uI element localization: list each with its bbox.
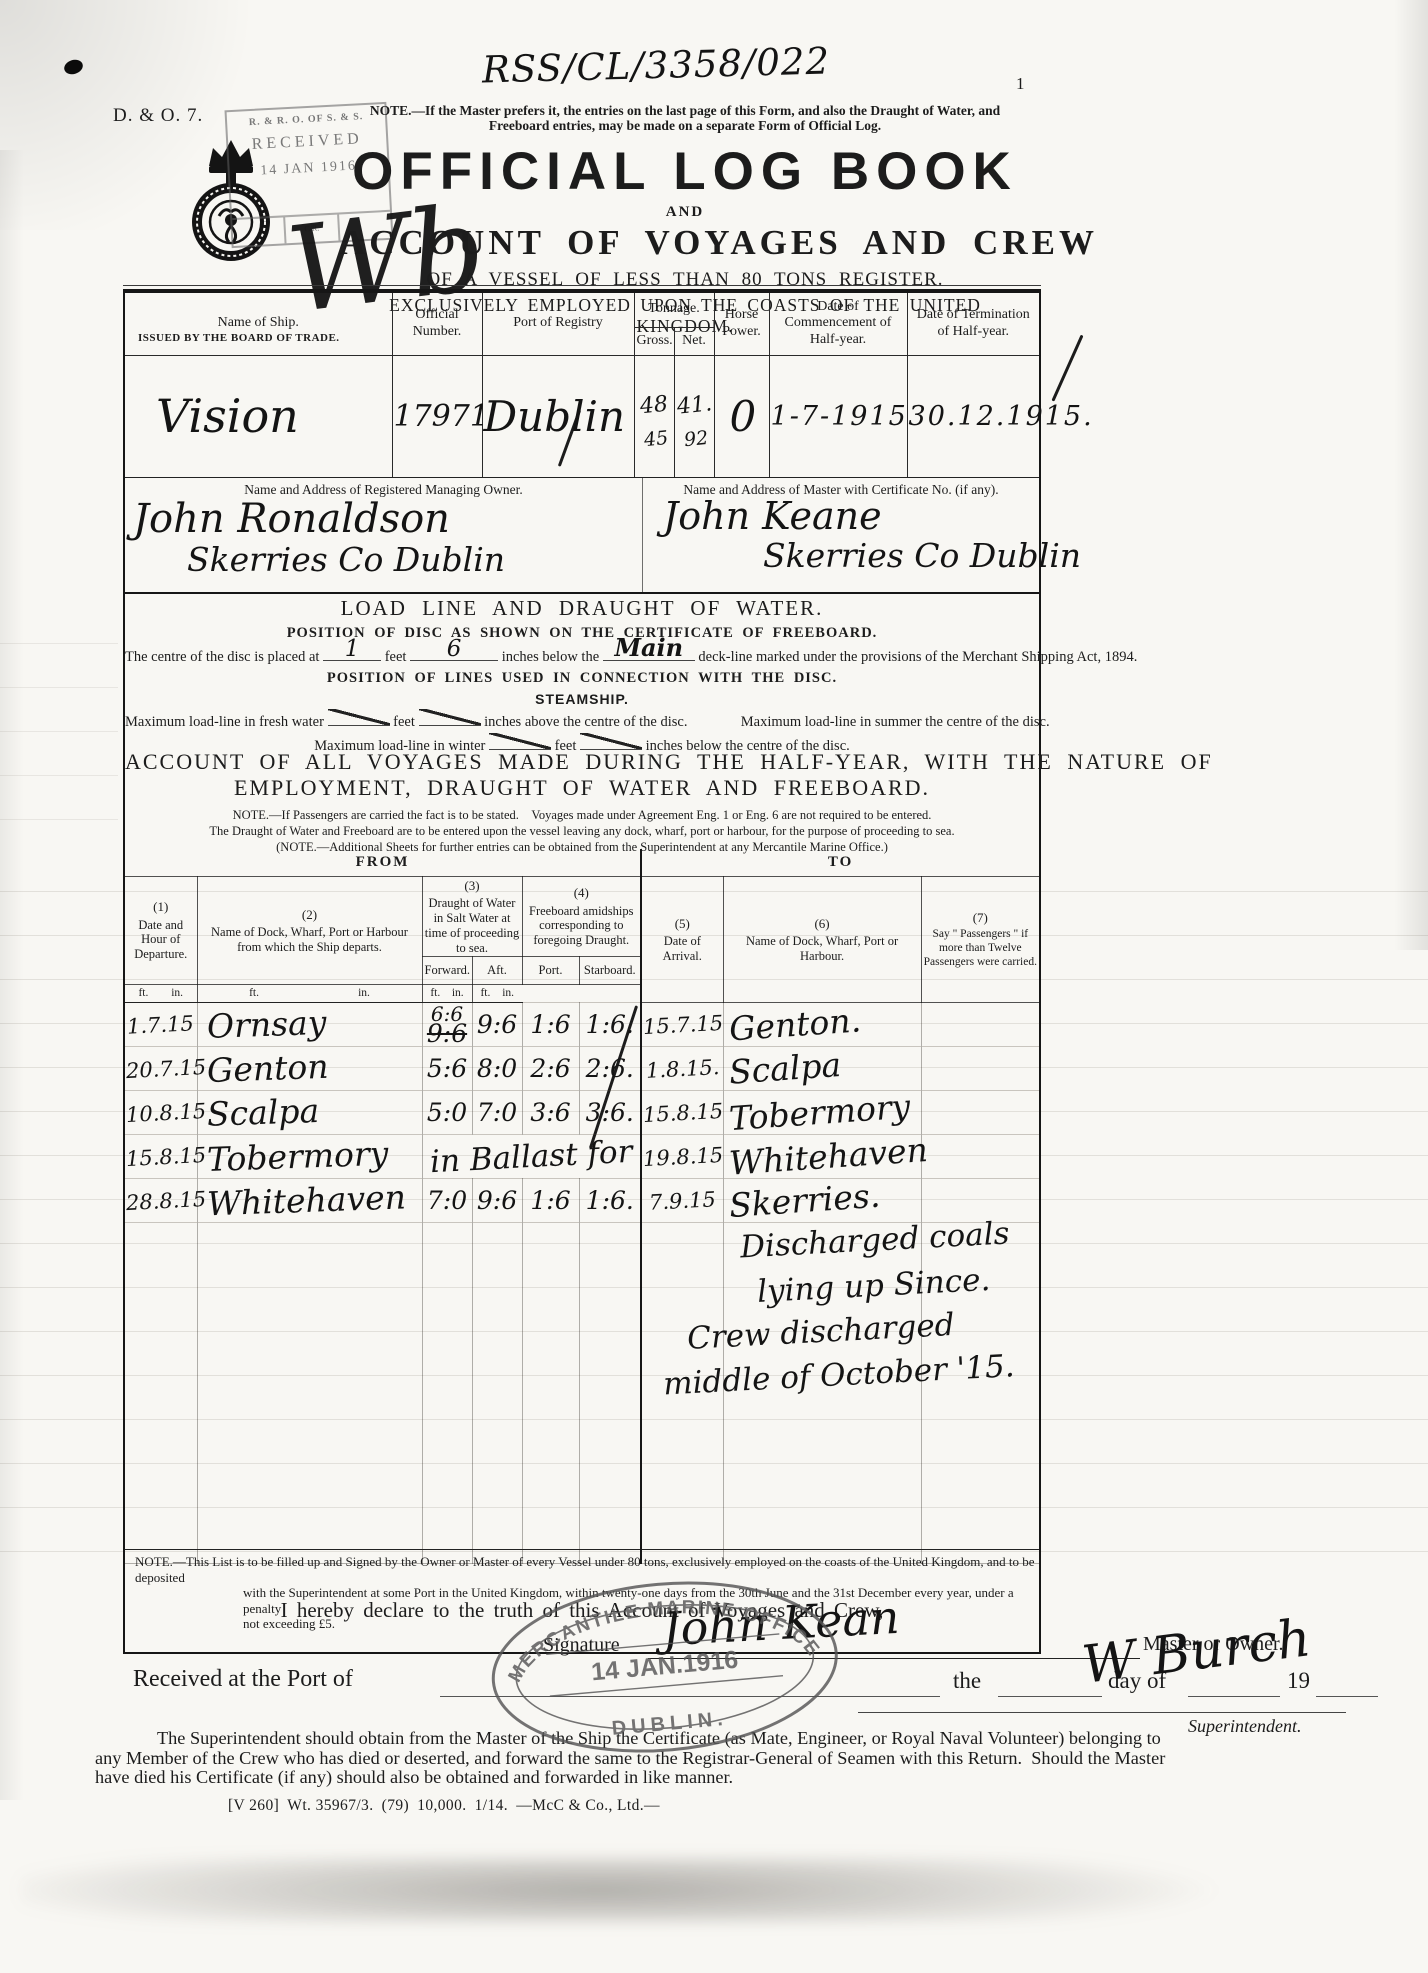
ship-values-row: Vision 17971 Dublin 4845 41.92 0 1-7-191…	[125, 355, 1039, 477]
fresh-inches-blank	[419, 711, 481, 726]
header-commencement: Date of Commencement of Half-year.	[769, 293, 907, 355]
col1-header: (1)Date and Hour of Departure.	[125, 877, 197, 985]
owner-address-value: Skerries Co Dublin	[187, 540, 505, 579]
owner-label: Name and Address of Registered Managing …	[125, 478, 642, 498]
cell: 2:6	[522, 1047, 579, 1091]
col3-number: (3)	[425, 878, 520, 893]
forward-header: Forward.	[422, 957, 472, 985]
owner-master-row: Name and Address of Registered Managing …	[125, 477, 1039, 594]
freeboard-port: 1:6	[530, 1010, 570, 1039]
cell: 19.8.15	[641, 1135, 723, 1179]
cell: Ornsay	[197, 1003, 422, 1047]
deposit-note-line-1: NOTE.—This List is to be filled up and S…	[125, 1554, 1039, 1585]
cell: 1:6	[522, 1003, 579, 1047]
master-address-value: Skerries Co Dublin	[763, 536, 1081, 575]
handwritten-remarks: Discharged coals lying up Since. Crew di…	[645, 1217, 1065, 1397]
cell: 15.8.15	[125, 1135, 197, 1179]
cell: 17971	[392, 355, 482, 477]
feet-blank: 1	[323, 646, 381, 661]
freeboard-port: 1:6	[530, 1186, 570, 1215]
col2-label: Name of Dock, Wharf, Port or Harbour fro…	[200, 925, 420, 955]
departure-date: 28.8.15	[125, 1187, 206, 1215]
col7-header: (7)Say " Passengers " if more than Twelv…	[921, 877, 1039, 1003]
cell: 15.8.15	[641, 1091, 723, 1135]
ft-in-cell: ft.in.	[197, 985, 422, 1003]
header-tonnage: Tonnage.	[634, 293, 714, 327]
cell: 28.8.15	[125, 1179, 197, 1223]
cell: 7:0	[472, 1091, 522, 1135]
dash-stroke	[328, 709, 390, 725]
ledger-lines-margin	[0, 600, 118, 850]
fresh-pre-text: Maximum load-line in fresh water	[125, 714, 324, 730]
ink-slash-mark	[1051, 335, 1083, 402]
departure-date: 1.7.15	[127, 1011, 195, 1038]
header-port-of-registry: Port of Registry	[482, 293, 634, 355]
col4-number: (4)	[525, 885, 639, 900]
load-line-section: LOAD LINE AND DRAUGHT OF WATER. POSITION…	[125, 591, 1039, 749]
cell: 2:6.	[579, 1047, 641, 1091]
fresh-feet-blank	[328, 711, 390, 726]
voyage-row: 10.8.15 Scalpa 5:0 7:0 3:6 3:6. 15.8.15 …	[125, 1091, 1039, 1135]
draught-forward: 5:0	[427, 1098, 467, 1127]
cell: 5:0	[422, 1091, 472, 1135]
received-at-label: Received at the Port of	[133, 1666, 353, 1693]
paragraph-line-3: have died his Certificate (if any) shoul…	[95, 1768, 1365, 1788]
cell	[921, 1003, 1039, 1047]
ship-header-row: Name of Ship. Official Number. Port of R…	[125, 293, 1039, 327]
from-port: Scalpa	[198, 1091, 319, 1134]
page-title: OFFICIAL LOG BOOK	[340, 141, 1030, 202]
cell: 15.7.15	[641, 1003, 723, 1047]
voyages-table: FROM TO (1)Date and Hour of Departure. (…	[125, 849, 1039, 1564]
freeboard-starboard: 1:6.	[586, 1010, 634, 1039]
header-gross: Gross.	[634, 327, 674, 355]
cell: 6:69:6	[422, 1003, 472, 1047]
fresh-post-text: inches above the centre of the disc.	[484, 714, 687, 730]
header-termination: Date of Termination of Half-year.	[907, 293, 1039, 355]
disc-centre-line: The centre of the disc is placed at 1 fe…	[125, 646, 1039, 666]
title-and: AND	[340, 204, 1030, 221]
ft-in-cell: ft.in.	[472, 985, 522, 1003]
fresh-feet-word: feet	[393, 714, 415, 730]
inches-word: inches below the	[502, 649, 599, 665]
cell: Tobermory	[723, 1091, 921, 1135]
ballast-note: in Ballast for	[429, 1134, 633, 1181]
superintendent-underline	[858, 1682, 1346, 1713]
cell: 9:6	[472, 1003, 522, 1047]
col3-label: Draught of Water in Salt Water at time o…	[425, 896, 520, 955]
to-port: Genton.	[723, 1001, 861, 1049]
col7-label: Say " Passengers " if more than Twelve P…	[924, 928, 1038, 969]
cell: 7:0	[422, 1179, 472, 1223]
cell: 3:6	[522, 1091, 579, 1135]
col1-label: Date and Hour of Departure.	[127, 918, 195, 962]
cell: 5:6	[422, 1047, 472, 1091]
col1-number: (1)	[127, 899, 195, 914]
arrival-date: 1.8.15.	[645, 1055, 720, 1083]
col5-header: (5)Date of Arrival.	[641, 877, 723, 1003]
col4-header: (4)Freeboard amidships corresponding to …	[522, 877, 641, 957]
feet-value: 1	[345, 636, 360, 662]
from-port: Whitehaven	[198, 1178, 406, 1224]
cell	[921, 1047, 1039, 1091]
gross-tonnage-fraction: 45	[643, 427, 669, 451]
cell: 41.92	[674, 355, 714, 477]
horse-power-value: 0	[716, 392, 757, 441]
cell: in Ballast for	[422, 1135, 641, 1179]
top-note-line-2: Freeboard entries, may be made on a sepa…	[340, 118, 1030, 133]
col2-header: (2)Name of Dock, Wharf, Port or Harbour …	[197, 877, 422, 985]
header-name-of-ship: Name of Ship.	[125, 293, 392, 355]
stamp-date-text: 14 JAN.1916	[590, 1646, 739, 1687]
draught-aft: 9:6	[477, 1010, 517, 1039]
fresh-water-line: Maximum load-line in fresh water feet in…	[125, 711, 1039, 731]
master-name-value: John Keane	[663, 494, 882, 538]
port-of-registry-value: Dublin	[484, 392, 626, 441]
departure-date: 10.8.15	[125, 1099, 206, 1127]
cell	[921, 1135, 1039, 1179]
vessel-line: OF A VESSEL OF LESS THAN 80 TONS REGISTE…	[340, 269, 1030, 291]
cell: 1.8.15.	[641, 1047, 723, 1091]
cell: Tobermory	[197, 1135, 422, 1179]
archive-reference-number: RSS/CL/3358/022	[481, 39, 830, 91]
draught-forward-struck: 9:6	[427, 1019, 467, 1048]
from-to-header-row: FROM TO	[125, 849, 1039, 877]
commencement-date-value: 1-7-1915	[771, 401, 908, 432]
inches-blank: 6	[410, 646, 498, 661]
ft-label: ft.	[480, 987, 490, 1001]
stamp-city-text: DUBLIN.	[611, 1708, 729, 1740]
cell	[522, 1223, 579, 1564]
arrival-date: 7.9.15	[648, 1187, 716, 1214]
cell: 4845	[634, 355, 674, 477]
managing-owner-cell: Name and Address of Registered Managing …	[125, 478, 643, 592]
lines-heading: POSITION OF LINES USED IN CONNECTION WIT…	[125, 670, 1039, 687]
cell: Vision	[125, 355, 392, 477]
edge-shadow-right	[1394, 0, 1428, 950]
cell: 1.7.15	[125, 1003, 197, 1047]
ship-details-table: Name of Ship. Official Number. Port of R…	[125, 293, 1039, 477]
col6-number: (6)	[726, 916, 919, 931]
header-horse-power: Horse Power.	[714, 293, 769, 355]
draught-aft: 9:6	[477, 1186, 517, 1215]
form-code: D. & O. 7.	[113, 105, 203, 127]
cell	[579, 1223, 641, 1564]
col5-label: Date of Arrival.	[644, 934, 721, 964]
owner-name-value: John Ronaldson	[133, 496, 450, 542]
in-label: in.	[452, 987, 464, 1001]
column-header-row: (1)Date and Hour of Departure. (2)Name o…	[125, 877, 1039, 957]
master-cell: Name and Address of Master with Certific…	[643, 478, 1039, 592]
cell	[921, 1091, 1039, 1135]
col2-number: (2)	[200, 907, 420, 922]
header-official-number: Official Number.	[392, 293, 482, 355]
draught-aft: 8:0	[477, 1054, 517, 1083]
cell: 1:6.	[579, 1179, 641, 1223]
col7-number: (7)	[924, 910, 1038, 925]
feet-word: feet	[385, 649, 407, 665]
to-port: Scalpa	[723, 1045, 842, 1092]
top-note-line-1: NOTE.—If the Master prefers it, the entr…	[340, 103, 1030, 118]
page-number: 1	[1016, 74, 1025, 94]
winter-inches-blank	[580, 735, 642, 750]
ft-label: ft.	[138, 987, 148, 1001]
cell: Scalpa	[723, 1047, 921, 1091]
draught-forward: 7:0	[427, 1186, 467, 1215]
dash-stroke	[580, 733, 642, 749]
scanned-log-book-page: RSS/CL/3358/022 1 D. & O. 7. ISSUED BY T…	[0, 0, 1428, 1973]
cell: Genton.	[723, 1003, 921, 1047]
freeboard-starboard: 1:6.	[586, 1186, 634, 1215]
net-tonnage-value: 41.	[675, 391, 712, 420]
col6-label: Name of Dock, Wharf, Port or Harbour.	[726, 934, 919, 964]
arrival-date: 15.8.15	[642, 1099, 723, 1127]
official-number-value: 17971	[394, 399, 489, 434]
to-port: Whitehaven	[723, 1130, 928, 1183]
cell: 10.8.15	[125, 1091, 197, 1135]
freeboard-port: 3:6	[530, 1098, 570, 1127]
from-group-header: FROM	[125, 849, 641, 877]
printer-imprint: [V 260] Wt. 35967/3. (79) 10,000. 1/14. …	[228, 1797, 660, 1815]
voyage-row: 1.7.15 Ornsay 6:69:6 9:6 1:6 1:6. 15.7.1…	[125, 1003, 1039, 1047]
cell: 0	[714, 355, 769, 477]
account-note-2: The Draught of Water and Freeboard are t…	[125, 824, 1039, 839]
net-tonnage-fraction: 92	[683, 427, 709, 451]
centre-post-text: deck-line marked under the provisions of…	[698, 649, 1137, 665]
cell: 3:6.	[579, 1091, 641, 1135]
col4-label: Freeboard amidships corresponding to for…	[525, 904, 639, 948]
ft-in-cell: ft.in.	[125, 985, 197, 1003]
ft-label: ft.	[430, 987, 440, 1001]
from-port: Ornsay	[198, 1003, 327, 1046]
freeboard-starboard: 2:6.	[586, 1054, 634, 1083]
departure-date: 15.8.15	[125, 1143, 206, 1171]
departure-date: 20.7.15	[125, 1055, 206, 1083]
arrival-date: 15.7.15	[642, 1011, 723, 1039]
centre-pre-text: The centre of the disc is placed at	[125, 649, 319, 665]
dash-stroke	[419, 709, 481, 725]
draught-forward: 5:6	[427, 1054, 467, 1083]
port-header: Port.	[522, 957, 579, 985]
cell: Whitehaven	[197, 1179, 422, 1223]
inches-value: 6	[447, 636, 462, 662]
ft-label: ft.	[249, 987, 259, 1001]
deck-blank: Main	[603, 646, 695, 661]
cell: Whitehaven	[723, 1135, 921, 1179]
winter-feet-blank	[489, 735, 551, 750]
cell: 20.7.15	[125, 1047, 197, 1091]
cell: 1-7-1915	[769, 355, 907, 477]
freeboard-port: 2:6	[530, 1054, 570, 1083]
aft-header: Aft.	[472, 957, 522, 985]
voyages-table-container: FROM TO (1)Date and Hour of Departure. (…	[125, 849, 1039, 1550]
in-label: in.	[358, 987, 370, 1001]
cell: Scalpa	[197, 1091, 422, 1135]
voyage-row: 15.8.15 Tobermory in Ballast for 19.8.15…	[125, 1135, 1039, 1179]
from-port: Tobermory	[198, 1134, 389, 1180]
cell: 8:0	[472, 1047, 522, 1091]
starboard-header: Starboard.	[579, 957, 641, 985]
col5-number: (5)	[644, 916, 721, 931]
gross-tonnage-value: 48	[639, 391, 669, 419]
mercantile-marine-office-stamp: MERCANTILE MARINE OFFICE 14 JAN.1916 DUB…	[479, 1563, 852, 1777]
to-port: Tobermory	[723, 1087, 911, 1139]
cell: 1:6.	[579, 1003, 641, 1047]
col3-header: (3)Draught of Water in Salt Water at tim…	[422, 877, 522, 957]
freeboard-starboard: 3:6.	[586, 1098, 634, 1127]
cell: 30.12.1915.	[907, 355, 1039, 477]
in-label: in.	[171, 987, 183, 1001]
draught-aft: 7:0	[477, 1098, 517, 1127]
dash-stroke	[489, 733, 551, 749]
ship-name-value: Vision	[126, 389, 299, 443]
cell: Genton	[197, 1047, 422, 1091]
account-title-line-1: ACCOUNT OF ALL VOYAGES MADE DURING THE H…	[125, 749, 1039, 775]
load-line-title: LOAD LINE AND DRAUGHT OF WATER.	[125, 591, 1039, 621]
termination-date-value: 30.12.1915.	[909, 401, 1094, 432]
header-net: Net.	[674, 327, 714, 355]
cell: Dublin	[482, 355, 634, 477]
disc-position-heading: POSITION OF DISC AS SHOWN ON THE CERTIFI…	[125, 625, 1039, 642]
cell	[197, 1223, 422, 1564]
to-group-header: TO	[641, 849, 1039, 877]
cell: 9:6	[472, 1179, 522, 1223]
summer-text: Maximum load-line in summer the centre o…	[741, 714, 1050, 730]
ft-in-cell: ft.in.	[422, 985, 472, 1003]
col6-header: (6)Name of Dock, Wharf, Port or Harbour.	[723, 877, 921, 1003]
cell: 1:6	[522, 1179, 579, 1223]
voyage-row: 20.7.15 Genton 5:6 8:0 2:6 2:6. 1.8.15. …	[125, 1047, 1039, 1091]
account-heading: ACCOUNT OF ALL VOYAGES MADE DURING THE H…	[125, 749, 1039, 855]
main-form-box: Name of Ship. Official Number. Port of R…	[123, 289, 1041, 1654]
from-port: Genton	[198, 1047, 329, 1090]
page-subtitle: ACCOUNT OF VOYAGES AND CREW	[340, 223, 1030, 263]
stamp-grid-cell	[232, 217, 287, 246]
cell	[125, 1223, 197, 1564]
arrival-date: 19.8.15	[642, 1143, 723, 1171]
account-title-line-2: EMPLOYMENT, DRAUGHT OF WATER AND FREEBOA…	[125, 775, 1039, 801]
scan-shadow-band	[20, 1858, 1400, 1922]
steamship-heading: STEAMSHIP.	[125, 691, 1039, 707]
account-note-1: NOTE.—If Passengers are carried the fact…	[125, 808, 1039, 823]
cell	[472, 1223, 522, 1564]
cell	[422, 1223, 472, 1564]
deck-value: Main	[614, 633, 683, 662]
in-label: in.	[502, 987, 514, 1001]
